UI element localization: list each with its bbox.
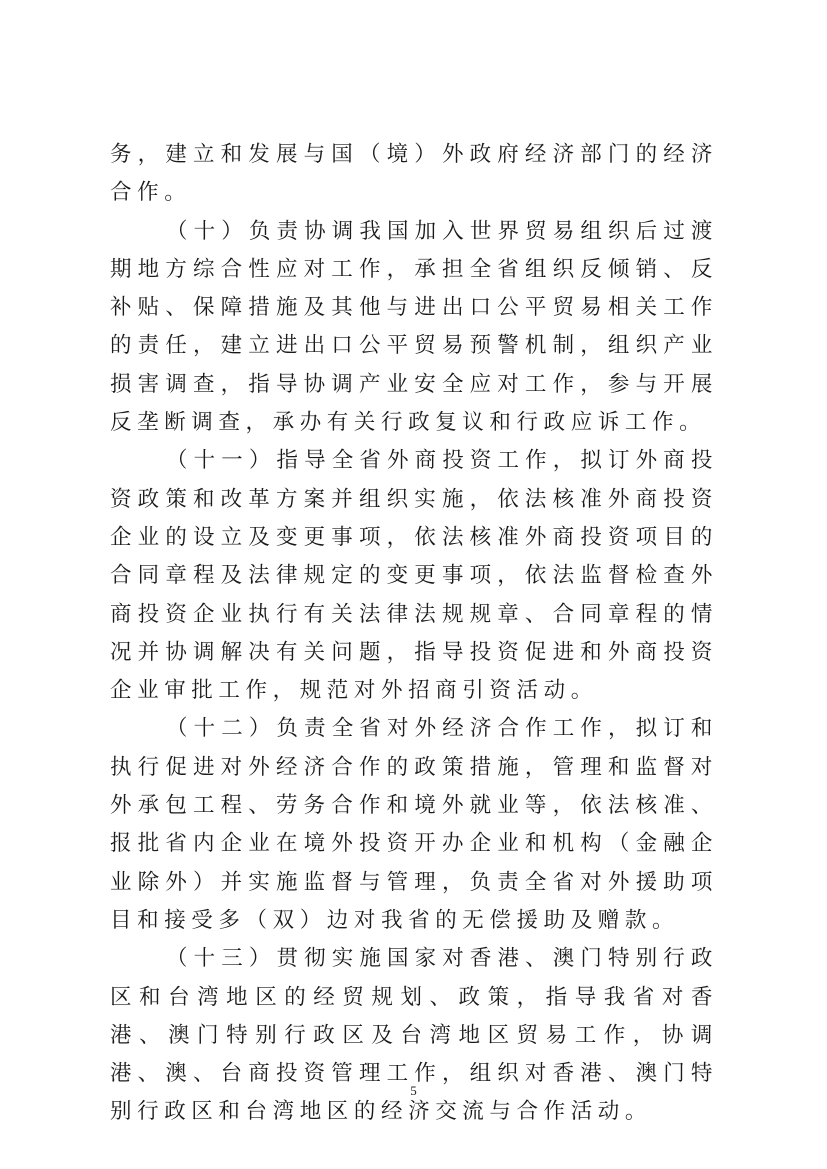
paragraph-item-11: （十一）指导全省外商投资工作，拟订外商投资政策和改革方案并组织实施，依法核准外商… [110, 442, 718, 710]
document-body: 务，建立和发展与国（境）外政府经济部门的经济合作。 （十）负责协调我国加入世界贸… [110, 136, 718, 1132]
paragraph-item-10: （十）负责协调我国加入世界贸易组织后过渡期地方综合性应对工作，承担全省组织反倾销… [110, 213, 718, 443]
paragraph-item-12: （十二）负责全省对外经济合作工作，拟订和执行促进对外经济合作的政策措施，管理和监… [110, 710, 718, 940]
document-page: 务，建立和发展与国（境）外政府经济部门的经济合作。 （十）负责协调我国加入世界贸… [0, 0, 827, 1169]
paragraph-continuation: 务，建立和发展与国（境）外政府经济部门的经济合作。 [110, 136, 718, 213]
page-number: 5 [0, 1083, 827, 1099]
paragraph-item-13: （十三）贯彻实施国家对香港、澳门特别行政区和台湾地区的经贸规划、政策，指导我省对… [110, 940, 718, 1131]
